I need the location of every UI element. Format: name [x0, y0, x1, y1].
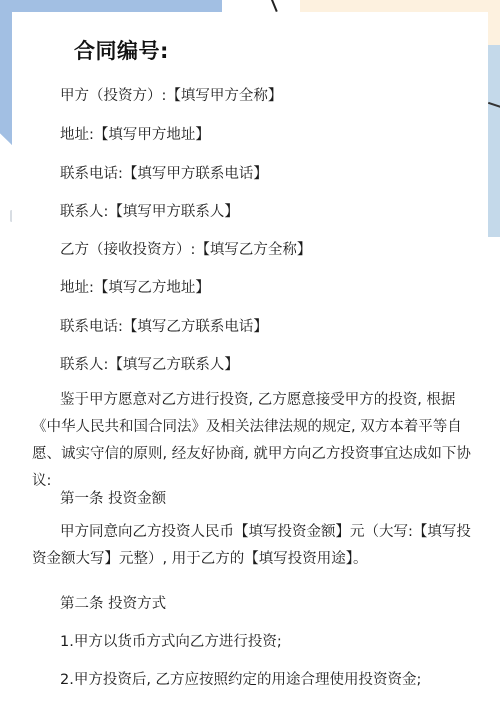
party-a-name: 甲方（投资方）:【填写甲方全称】 [60, 84, 282, 105]
background-peach-shape-corner [488, 0, 500, 45]
party-a-phone: 联系电话:【填写甲方联系电话】 [60, 162, 268, 183]
article-1-body: 甲方同意向乙方投资人民币【填写投资金额】元（大写:【填写投资金额大写】元整）, … [32, 519, 472, 573]
party-b-address: 地址:【填写乙方地址】 [60, 276, 210, 297]
party-b-phone: 联系电话:【填写乙方联系电话】 [60, 315, 268, 336]
article-1-heading: 第一条 投资金额 [60, 487, 166, 508]
contract-number-title: 合同编号: [74, 35, 169, 65]
preamble-paragraph: 鉴于甲方愿意对乙方进行投资, 乙方愿意接受甲方的投资, 根据《中华人民共和国合同… [32, 387, 472, 495]
decorative-line-top [271, 0, 278, 12]
background-blue-strip-left [0, 0, 12, 145]
party-a-address: 地址:【填写甲方地址】 [60, 123, 210, 144]
article-2-item-2: 2.甲方投资后, 乙方应按照约定的用途合理使用投资资金; [60, 668, 421, 689]
party-a-contact: 联系人:【填写甲方联系人】 [60, 200, 239, 221]
party-b-contact: 联系人:【填写乙方联系人】 [60, 353, 239, 374]
article-2-item-1: 1.甲方以货币方式向乙方进行投资; [60, 630, 282, 651]
article-2-heading: 第二条 投资方式 [60, 592, 166, 613]
party-b-name: 乙方（接收投资方）:【填写乙方全称】 [60, 238, 311, 259]
background-blue-strip-right [488, 45, 500, 237]
